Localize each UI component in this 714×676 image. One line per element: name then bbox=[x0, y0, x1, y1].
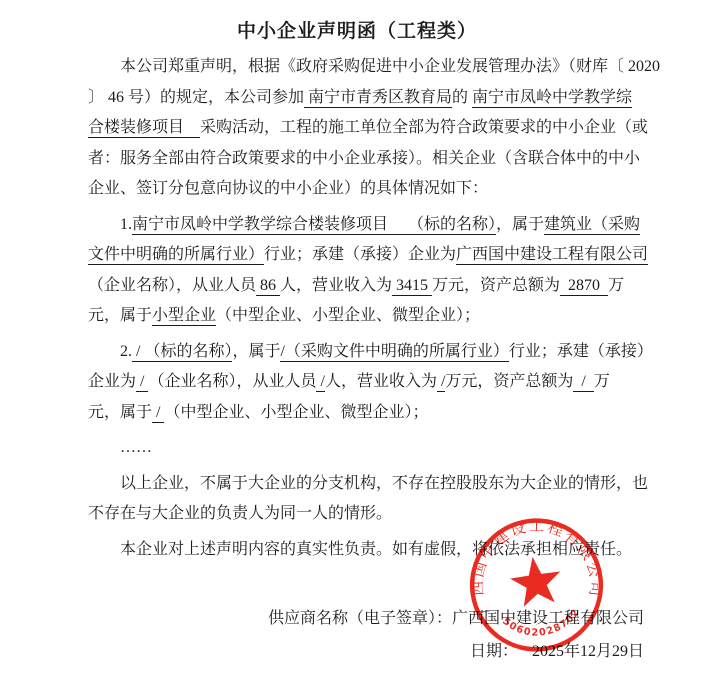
filled-blank: 文件中明确的所属行业） bbox=[88, 246, 264, 265]
document-title: 中小企业声明函（工程类） bbox=[0, 16, 714, 43]
text-run: …… bbox=[120, 439, 152, 456]
document-line: 不存在与大企业的负责人为同一人的情形。 bbox=[88, 499, 650, 530]
filled-blank: 3415 bbox=[392, 277, 432, 296]
signature-block: 供应商名称（电子签章）：广西国中建设工程有限公司 日期：2025年12月29日 bbox=[0, 602, 714, 668]
filled-blank: / bbox=[152, 404, 164, 423]
text-run: 本公司郑重声明，根据《政府采购促进中小企业发展管理办法》（财库〔 2020 bbox=[120, 58, 660, 75]
filled-blank: 小型企业 bbox=[152, 307, 216, 326]
text-run: 企业、签订分包意向协议的中小企业）的具体情况如下： bbox=[88, 180, 488, 197]
text-run: 万 bbox=[608, 277, 624, 294]
date-value: 2025年12月29日 bbox=[532, 643, 644, 660]
text-run: 的 bbox=[452, 89, 472, 106]
text-run: 万元，资产总额为 bbox=[432, 277, 560, 294]
filled-blank: 广西国中建设工程有限公司 bbox=[456, 246, 648, 265]
filled-blank: /（采购文件中明确的所属行业） bbox=[280, 343, 508, 362]
text-run: 〕 46 号）的规定，本公司参加 bbox=[88, 89, 304, 106]
text-run: 元，属于 bbox=[88, 307, 152, 324]
text-run: 人，营业收入为 bbox=[280, 277, 392, 294]
supplier-signature-line: 供应商名称（电子签章）：广西国中建设工程有限公司 bbox=[0, 602, 644, 635]
text-run: （企业名称），从业人员 bbox=[148, 373, 316, 390]
text-run: 本企业对上述声明内容的真实性负责。如有虚假，将依法承担相应责任。 bbox=[120, 541, 632, 558]
text-run: （中型企业、小型企业、微型企业）； bbox=[164, 404, 428, 421]
document-line: 2. / （标的名称），属于/（采购文件中明确的所属行业）行业；承建（承接） bbox=[88, 337, 650, 368]
text-run: 企业为 bbox=[88, 373, 136, 390]
text-run: ，属于 bbox=[232, 343, 280, 360]
filled-blank: 2870 bbox=[560, 277, 608, 296]
supplier-name: 广西国中建设工程有限公司 bbox=[452, 610, 644, 627]
text-run: 1. bbox=[120, 216, 132, 233]
filled-blank: 南宁市凤岭中学教学综 bbox=[472, 89, 632, 108]
document-line: 合楼装修项目 采购活动，工程的施工单位全部为符合政策要求的中小企业（或 bbox=[88, 113, 650, 144]
text-run: 万元，资产总额为 bbox=[445, 373, 573, 390]
filled-blank: 86 bbox=[256, 277, 280, 296]
text-run: 以上企业，不属于大企业的分支机构，不存在控股股东为大企业的情形，也 bbox=[120, 475, 648, 492]
filled-blank: / bbox=[316, 373, 324, 392]
text-run: 者：服务全部由符合政策要求的中小企业承接）。相关企业（含联合体中的中小 bbox=[88, 150, 640, 167]
text-run: 行业；承建（承接） bbox=[509, 343, 653, 360]
text-run: 不存在与大企业的负责人为同一人的情形。 bbox=[88, 505, 392, 522]
document-line: 元，属于 / （中型企业、小型企业、微型企业）； bbox=[88, 398, 650, 429]
document-line: 以上企业，不属于大企业的分支机构，不存在控股股东为大企业的情形，也 bbox=[88, 469, 650, 500]
text-run: （企业名称），从业人员 bbox=[88, 277, 256, 294]
document-line: 者：服务全部由符合政策要求的中小企业承接）。相关企业（含联合体中的中小 bbox=[88, 144, 650, 175]
text-run: 人，营业收入为 bbox=[325, 373, 437, 390]
filled-blank: 合楼装修项目 bbox=[88, 119, 200, 138]
filled-blank: 南宁市凤岭中学教学综合楼装修项目 （标的名称） bbox=[132, 216, 496, 235]
document-line: 本公司郑重声明，根据《政府采购促进中小企业发展管理办法》（财库〔 2020 bbox=[88, 52, 650, 83]
filled-blank: / （标的名称） bbox=[132, 343, 232, 362]
document-page: 中小企业声明函（工程类） 本公司郑重声明，根据《政府采购促进中小企业发展管理办法… bbox=[0, 0, 714, 676]
document-line: 文件中明确的所属行业）行业；承建（承接）企业为广西国中建设工程有限公司 bbox=[88, 240, 650, 271]
document-line: 本企业对上述声明内容的真实性负责。如有虚假，将依法承担相应责任。 bbox=[88, 535, 650, 566]
document-line: （企业名称），从业人员 86 人，营业收入为 3415 万元，资产总额为 287… bbox=[88, 271, 650, 302]
filled-blank: / bbox=[136, 373, 148, 392]
filled-blank: / bbox=[573, 373, 593, 392]
text-run: （中型企业、小型企业、微型企业）； bbox=[216, 307, 480, 324]
date-label: 日期： bbox=[470, 643, 518, 660]
text-run: 2. bbox=[120, 343, 132, 360]
text-run: 万 bbox=[594, 373, 610, 390]
filled-blank: 建筑业（采购 bbox=[544, 216, 640, 235]
document-line: 〕 46 号）的规定，本公司参加 南宁市青秀区教育局的 南宁市凤岭中学教学综 bbox=[88, 83, 650, 114]
text-run: 行业；承建（承接）企业为 bbox=[264, 246, 456, 263]
text-run: 采购活动，工程的施工单位全部为符合政策要求的中小企业（或 bbox=[200, 119, 648, 136]
text-run: ，属于 bbox=[496, 216, 544, 233]
document-line: 企业为 / （企业名称），从业人员 /人，营业收入为 /万元，资产总额为 / 万 bbox=[88, 367, 650, 398]
date-line: 日期：2025年12月29日 bbox=[0, 635, 644, 668]
document-line: 企业、签订分包意向协议的中小企业）的具体情况如下： bbox=[88, 174, 650, 205]
supplier-label: 供应商名称（电子签章）： bbox=[268, 610, 452, 627]
document-line: 元，属于小型企业（中型企业、小型企业、微型企业）； bbox=[88, 301, 650, 332]
document-line: 1.南宁市凤岭中学教学综合楼装修项目 （标的名称），属于建筑业（采购 bbox=[88, 210, 650, 241]
document-line: …… bbox=[88, 433, 650, 464]
filled-blank: 南宁市青秀区教育局 bbox=[304, 89, 452, 108]
document-body: 本公司郑重声明，根据《政府采购促进中小企业发展管理办法》（财库〔 2020〕 4… bbox=[0, 52, 714, 565]
text-run: 元，属于 bbox=[88, 404, 152, 421]
